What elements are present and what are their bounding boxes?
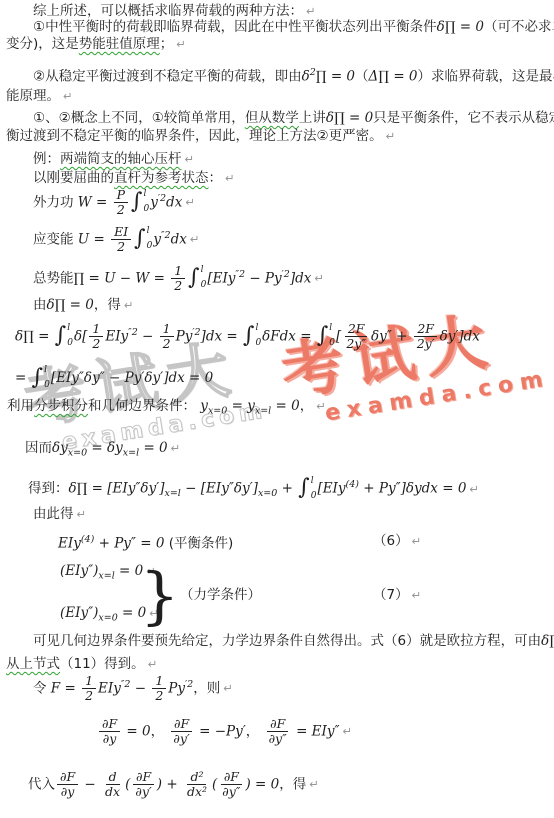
text-run: 得到： xyxy=(28,481,69,497)
math-run: = 0 xyxy=(122,723,150,739)
paragraph-mark: ↵ xyxy=(225,171,235,185)
spellcheck-underlined-text: 分步积分 xyxy=(34,398,88,414)
math-run: δ∏ = 0 xyxy=(541,633,554,649)
paragraph-mark: ↵ xyxy=(124,298,134,312)
math-run: δy xyxy=(52,440,68,456)
paragraph-mark: ↵ xyxy=(190,232,200,246)
superscript: (4) xyxy=(81,534,94,545)
math-run: δ xyxy=(302,69,310,85)
text-run: 应变能 xyxy=(33,231,78,247)
subscript: x=l xyxy=(255,406,271,417)
math-run: δFdx = xyxy=(262,328,316,344)
math-run: dx xyxy=(171,231,187,247)
strain-energy-formula: 应变能 U = EI2∫l0y″2dx↵ xyxy=(33,225,199,254)
math-run: EIy xyxy=(58,536,81,552)
text-run: （ xyxy=(355,69,369,85)
math-run: = 0 xyxy=(271,398,299,414)
integral: ∫l0 xyxy=(188,266,206,290)
math-run: + Py″]δydx = 0 xyxy=(359,481,466,497)
spellcheck-underlined-text: 两端简支的轴心压杆 xyxy=(60,151,182,167)
fraction: ddx xyxy=(102,770,123,799)
text-run: 例： xyxy=(33,151,60,167)
partials-formula: ∂F∂y = 0， ∂F∂y′ = −Py′， ∂F∂y″ = EIy″↵ xyxy=(97,717,352,746)
paragraph-mark: ↵ xyxy=(306,4,316,18)
fraction: ∂F∂y xyxy=(57,770,78,799)
integral: ∫l0 xyxy=(298,477,316,501)
math-run: ]dx = xyxy=(201,328,242,344)
math-run: − xyxy=(130,680,150,696)
math-run: Py xyxy=(176,328,193,344)
fraction: 2F2y″ xyxy=(343,322,369,351)
paragraph-mark: ↵ xyxy=(316,399,326,413)
fraction: d²dx² xyxy=(184,770,210,799)
paragraph-mark: ↵ xyxy=(171,441,181,455)
math-run: = 0 xyxy=(139,440,167,456)
math-run: F = xyxy=(51,680,80,696)
math-run: δ∏ = 0 xyxy=(437,19,484,35)
math-run: ( xyxy=(212,776,217,792)
fraction: P2 xyxy=(114,188,128,217)
fraction: EI2 xyxy=(111,225,131,254)
math-run: Δ∏ = 0 xyxy=(369,69,418,85)
text-run: （可不必求二阶 xyxy=(484,19,554,35)
subscript: x=0 xyxy=(258,488,277,499)
result-line: 得到：δ∏ = [EIy″δy′]x=l − [EIy″δy′]x=0 + ∫l… xyxy=(28,476,479,502)
text-run: 变分)，这是 xyxy=(6,36,79,52)
math-run: U = xyxy=(78,231,109,247)
subscript: x=l xyxy=(164,488,180,499)
reference-state-line: 以刚要屈曲的直杆为参考状态：↵ xyxy=(33,170,235,187)
equation-7-number: （7）↵ xyxy=(373,587,421,604)
hence-line: 因而δyx=0 = δyx=l = 0↵ xyxy=(25,440,180,462)
spellcheck-underlined-text: 但从数学 xyxy=(245,110,299,126)
fraction: ∂F∂y′ xyxy=(170,717,192,746)
summary-line: 综上所述，可以概括求临界荷载的两种方法：↵ xyxy=(33,3,316,20)
substitute-formula: 代入∂F∂y − ddx(∂F∂y′) + d²dx²(∂F∂y″) = 0，得… xyxy=(28,770,319,799)
fraction: 12 xyxy=(152,674,166,703)
superscript: ″2 xyxy=(121,679,131,690)
fraction: 12 xyxy=(160,322,174,351)
paragraph-mark: ↵ xyxy=(63,89,73,103)
mech-condition-brace: } xyxy=(140,565,179,627)
math-run: − xyxy=(80,776,100,792)
math-run: = −Py′ xyxy=(195,723,246,739)
equation-6-number: （6）↵ xyxy=(373,533,421,550)
conclusion-line1: 可见几何边界条件要预先给定，力学边界条件自然得出。式（6）就是欧拉方程，可由δ∏… xyxy=(33,633,554,650)
fraction: 12 xyxy=(89,322,103,351)
math-run: W = xyxy=(78,194,112,210)
thus-line: 由此得↵ xyxy=(33,506,86,523)
fraction: 12 xyxy=(82,674,96,703)
example-line: 例：两端简支的轴心压杆↵ xyxy=(33,151,194,168)
subscript: x=0 xyxy=(98,613,117,624)
paragraph-mark: ↵ xyxy=(148,657,158,671)
math-run: + xyxy=(277,481,297,497)
integral: ∫l0 xyxy=(55,324,73,348)
math-run: = δy xyxy=(87,440,123,456)
spellcheck-underlined-text: 势能驻值原理 xyxy=(79,36,160,52)
let-f-formula: 令 F = 12EIy″2 − 12Py′2，则↵ xyxy=(33,674,233,703)
fraction: ∂F∂y″ xyxy=(266,717,290,746)
math-run: δ∏ = xyxy=(15,328,54,344)
math-run: y xyxy=(153,231,161,247)
math-run: (EIy″) xyxy=(60,605,98,621)
paragraph-mark: ↵ xyxy=(412,534,422,548)
document-text-layer: 综上所述，可以概括求临界荷载的两种方法：↵①中性平衡时的荷载即临界荷载，因此在中… xyxy=(0,0,554,818)
subscript: x=l xyxy=(123,448,139,459)
text-run: ， xyxy=(246,723,264,739)
paragraph-mark: ↵ xyxy=(469,482,479,496)
method1-line1: ①中性平衡时的荷载即临界荷载，因此在中性平衡状态列出平衡条件δ∏ = 0（可不必… xyxy=(33,19,554,36)
method1-line2: 变分)，这是势能驻值原理；↵ xyxy=(6,36,186,53)
math-run: (EIy″) xyxy=(60,563,98,579)
method2-line2: 能原理。↵ xyxy=(6,88,73,105)
compare-line1: ①、②概念上不同，①较简单常用，但从数学上讲δ∏ = 0只是平衡条件，它不表示从… xyxy=(33,110,554,127)
method2-line1: ②从稳定平衡过渡到不稳定平衡的荷载，即由δ2∏ = 0（Δ∏ = 0）求临界荷载… xyxy=(33,64,554,86)
math-run: y xyxy=(150,194,158,210)
subscript: x=0 xyxy=(208,406,227,417)
integral: ∫l0 xyxy=(243,324,261,348)
variation-formula-1: δ∏ = ∫l0δ[12EIy″2 − 12Py′2]dx = ∫l0δFdx … xyxy=(15,322,480,351)
subscript: x=0 xyxy=(68,448,87,459)
integral: ∫l0 xyxy=(131,190,149,214)
fraction: 2F2y′ xyxy=(414,322,438,351)
fraction: ∂F∂y″ xyxy=(219,770,243,799)
external-work-formula: 外力功 W = P2∫l0y′2dx↵ xyxy=(33,188,195,217)
text-run: ； xyxy=(160,36,174,52)
paragraph-mark: ↵ xyxy=(185,195,195,209)
text-run: ①、②概念上不同，①较简单常用， xyxy=(33,110,245,126)
math-run: = y xyxy=(227,398,255,414)
math-run: dx xyxy=(166,194,182,210)
compare-line2: 衡过渡到不稳定平衡的临界条件，因此，理论上方法②更严密。↵ xyxy=(6,128,395,145)
text-run: 综上所述，可以概括求临界荷载的两种方法： xyxy=(33,3,303,19)
text-run: 和几何边界条件： xyxy=(88,398,200,414)
math-run: ) = 0 xyxy=(245,776,279,792)
math-run: − xyxy=(138,328,158,344)
math-run: [EIy″δy″ − Py′δy′]dx = 0 xyxy=(51,370,213,386)
variation-formula-2: = ∫l0[EIy″δy″ − Py′δy′]dx = 0 xyxy=(15,366,213,390)
superscript: ″2 xyxy=(128,327,138,338)
math-run: ) + xyxy=(157,776,182,792)
paragraph-mark: ↵ xyxy=(314,271,324,285)
text-run: 可见几何边界条件要预先给定，力学边界条件自然得出。式（6）就是欧拉方程，可由 xyxy=(33,633,541,649)
math-run: + Py″ = 0 xyxy=(94,536,164,552)
paragraph-mark: ↵ xyxy=(386,129,396,143)
paragraph-mark: ↵ xyxy=(176,37,186,51)
math-run: ∏ = 0 xyxy=(316,69,355,85)
text-run: （11）得到。 xyxy=(60,656,145,672)
fraction: ∂F∂y xyxy=(99,717,120,746)
superscript: ′2 xyxy=(192,327,200,338)
math-run: ( xyxy=(125,776,130,792)
math-run: = xyxy=(15,370,31,386)
paragraph-mark: ↵ xyxy=(309,777,319,791)
paragraph-mark: ↵ xyxy=(223,681,233,695)
math-run: Py xyxy=(168,680,185,696)
text-run: 利用 xyxy=(7,398,34,414)
text-run: 代入 xyxy=(28,776,55,792)
math-run: − [EIy″δy′] xyxy=(181,481,258,497)
superscript: (4) xyxy=(346,479,359,490)
math-run: EIy xyxy=(98,680,121,696)
document-page: 考试大 examda.com 考试大 examda.com 综上所述，可以概括求… xyxy=(0,0,554,818)
math-run: = 0 xyxy=(115,563,143,579)
superscript: ′2 xyxy=(158,193,166,204)
superscript: ′2 xyxy=(282,269,290,280)
math-run: [EIy xyxy=(207,270,235,286)
text-run: 由此得 xyxy=(33,506,74,522)
text-run: 上讲 xyxy=(299,110,326,126)
from-delta-line: 由δ∏ = 0，得↵ xyxy=(33,297,134,314)
text-run: 由 xyxy=(33,297,47,313)
text-run: ①中性平衡时的荷载即临界荷载，因此在中性平衡状态列出平衡条件 xyxy=(33,19,437,35)
text-run: ： xyxy=(209,170,223,186)
superscript: ′2 xyxy=(185,679,193,690)
math-run: δ∏ = 0 xyxy=(47,297,94,313)
paragraph-mark: ↵ xyxy=(412,588,422,602)
text-run: 令 xyxy=(33,680,51,696)
math-run: δy′]dx xyxy=(440,328,480,344)
math-run: ∏ = U − W = xyxy=(74,270,170,286)
math-run: δ[ xyxy=(74,328,87,344)
text-run: （7） xyxy=(373,587,409,603)
superscript: ″2 xyxy=(161,230,171,241)
text-run: （力学条件） xyxy=(180,587,261,603)
integral: ∫l0 xyxy=(317,324,335,348)
fraction: ∂F∂y′ xyxy=(132,770,154,799)
system-brace: } xyxy=(140,559,179,632)
spellcheck-underlined-text: 直杆为参考状态 xyxy=(114,170,209,186)
text-run: 以刚要屈曲的 xyxy=(33,170,114,186)
math-run: ]dx xyxy=(290,270,312,286)
conclusion-line2: 从上节式（11）得到。↵ xyxy=(6,656,157,673)
superscript: ″2 xyxy=(235,269,245,280)
math-run: [EIy xyxy=(317,481,345,497)
boundary-condition-line: 利用分步积分和几何边界条件： yx=0 = yx=l = 0，↵ xyxy=(7,398,326,420)
fraction: 12 xyxy=(171,264,185,293)
text-run: 总势能 xyxy=(33,270,74,286)
text-run: ，则 xyxy=(193,680,220,696)
equation-6-formula: EIy(4) + Py″ = 0 (平衡条件) xyxy=(58,531,233,553)
paragraph-mark: ↵ xyxy=(77,507,87,521)
math-run: y xyxy=(200,398,208,414)
math-run: δ∏ = 0 xyxy=(326,110,373,126)
total-potential-formula: 总势能∏ = U − W = 12∫l0[EIy″2 − Py′2]dx↵ xyxy=(33,264,324,293)
text-run: （6） xyxy=(373,533,409,549)
text-run: 外力功 xyxy=(33,194,78,210)
text-run: 能原理。 xyxy=(6,88,60,104)
math-run: [ xyxy=(336,328,341,344)
mech-condition-label: （力学条件） xyxy=(180,587,261,604)
text-run: 衡过渡到不稳定平衡的临界条件，因此，理论上方法②更严密。 xyxy=(6,128,383,144)
text-run: 因而 xyxy=(25,440,52,456)
paragraph-mark: ↵ xyxy=(343,724,353,738)
math-run: EIy xyxy=(105,328,128,344)
text-run: ，得 xyxy=(94,297,121,313)
subscript: x=l xyxy=(98,571,114,582)
spellcheck-underlined-text: 从上节式 xyxy=(6,656,60,672)
math-run: δ∏ = [EIy″δy′] xyxy=(69,481,165,497)
math-run: = EIy″ xyxy=(292,723,340,739)
text-run: ）求临界荷载，这是最小势 xyxy=(418,69,554,85)
text-run: 只是平衡条件，它不表示从稳定平 xyxy=(373,110,554,126)
math-run: δy″ + xyxy=(371,328,412,344)
text-run: ，得 xyxy=(279,776,306,792)
text-run: ， xyxy=(300,398,314,414)
integral: ∫l0 xyxy=(134,227,152,251)
math-run: − Py xyxy=(245,270,282,286)
text-run: ②从稳定平衡过渡到不稳定平衡的荷载，即由 xyxy=(33,69,302,85)
text-run: ， xyxy=(151,723,169,739)
integral: ∫l0 xyxy=(32,366,50,390)
text-run: (平衡条件) xyxy=(164,536,233,552)
paragraph-mark: ↵ xyxy=(185,152,195,166)
